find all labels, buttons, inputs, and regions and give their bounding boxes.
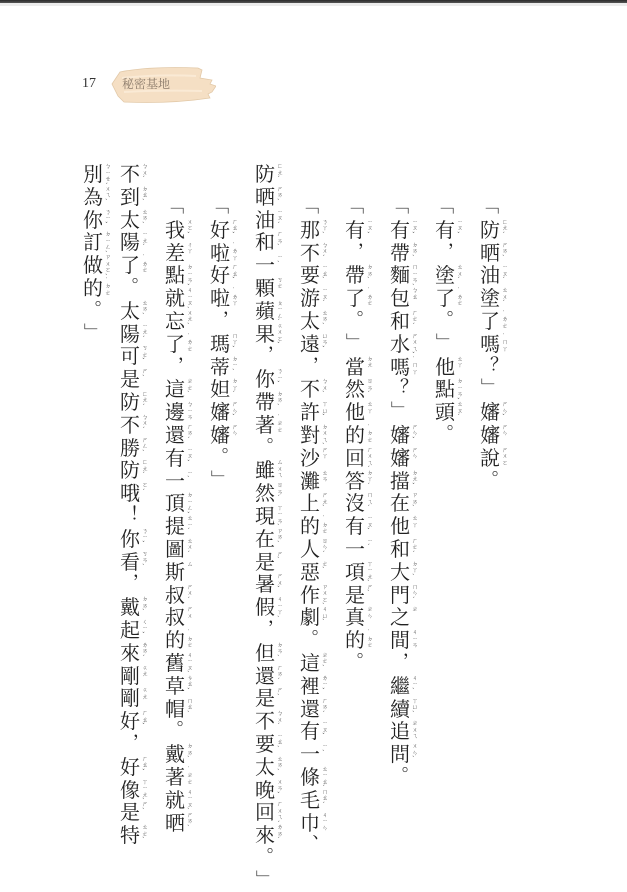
zhuyin-annotation: ㄧ ㄡ ˇ	[367, 516, 377, 536]
zhuyin-annotation: ㄊ ㄚ	[457, 357, 467, 370]
punctuation: ︐	[299, 356, 321, 379]
zhuyin-annotation: ㄊ ㄜ ˋ	[142, 825, 152, 845]
zhuyin-annotation: ㄊ ㄞ ˋ	[142, 301, 152, 321]
hanzi: 大	[389, 561, 411, 584]
character-cell: 訂ㄉ ㄧ ㄥ ˋ	[82, 231, 118, 254]
zhuyin-annotation: ㄐ ㄧ ㄢ	[412, 630, 422, 650]
hanzi: 叔	[164, 584, 186, 607]
punctuation: ﹁	[389, 196, 411, 219]
zhuyin-annotation: ㄨ ㄤ ˋ	[187, 311, 197, 331]
character-cell: 了˙ ㄌ ㄜ	[119, 254, 155, 277]
hanzi: 說	[479, 447, 501, 470]
character-cell: 但ㄉ ㄢ ˋ	[254, 642, 290, 665]
character-cell: ︒	[254, 847, 290, 870]
hanzi: 但	[254, 642, 276, 665]
hanzi: 在	[254, 528, 276, 551]
hanzi: 和	[389, 538, 411, 561]
hanzi: 勝	[119, 437, 141, 460]
hanzi: 假	[254, 596, 276, 619]
character-cell: 不ㄅ ㄨ ˊ	[254, 710, 290, 733]
character-cell: 做ㄗ ㄨ ㄛ ˋ	[82, 254, 118, 277]
hanzi: 可	[119, 345, 141, 368]
hanzi: 遠	[299, 333, 321, 356]
zhuyin-annotation: ㄉ ㄤ	[367, 357, 377, 370]
character-cell: 一ㄧ ˋ	[254, 254, 290, 277]
zhuyin-annotation: ㄕ ˋ	[277, 552, 287, 565]
character-cell: 陽ㄧ ㄤ ˊ	[119, 323, 155, 346]
character-cell: 嗎˙ ㄇ ㄚ	[479, 333, 515, 356]
character-cell: 草ㄘ ㄠ ˇ	[164, 675, 200, 698]
punctuation: ︐	[209, 310, 231, 333]
zhuyin-annotation: ㄊ ㄞ ˋ	[322, 311, 332, 331]
character-cell: 然ㄖ ㄢ ˊ	[254, 482, 290, 505]
hanzi: 妲	[209, 378, 231, 401]
punctuation: ﹂	[209, 470, 231, 493]
chapter-tag: 秘密基地	[110, 64, 216, 104]
character-cell: 戴ㄉ ㄞ ˋ	[119, 596, 155, 619]
character-cell: 嬸ㄕ ㄣ ˇ	[209, 401, 245, 424]
character-cell: 項ㄒ ㄧ ㄤ ˋ	[344, 561, 380, 584]
character-cell: 點ㄉ ㄧ ㄢ ˇ	[164, 264, 200, 287]
character-cell: 不ㄅ ㄨ ˊ	[119, 163, 155, 186]
hanzi: 有	[389, 219, 411, 242]
character-cell: 太ㄊ ㄞ ˋ	[119, 300, 155, 323]
character-cell: ﹂	[82, 323, 118, 346]
character-cell: ﹁	[479, 196, 515, 219]
zhuyin-annotation: ㄧ ㄡ ˊ	[502, 265, 512, 285]
character-cell: 好ㄏ ㄠ ˇ	[119, 710, 155, 733]
zhuyin-annotation: ㄉ ㄞ ˋ	[367, 265, 377, 285]
character-cell: 說ㄕ ㄨ ㄛ	[479, 447, 515, 470]
zhuyin-annotation: ㄇ ㄠ ˊ	[322, 790, 332, 810]
zhuyin-annotation: ㄕ ˋ	[367, 585, 377, 598]
punctuation: ︒	[164, 720, 186, 743]
hanzi: 他	[434, 356, 456, 379]
punctuation: ︒	[119, 277, 141, 300]
hanzi: 啦	[209, 242, 231, 265]
hanzi: 到	[119, 186, 141, 209]
zhuyin-annotation: ㄙ ㄨ ㄟ	[277, 460, 287, 480]
hanzi: 晒	[164, 812, 186, 835]
zhuyin-annotation: ㄊ ㄞ ˋ	[142, 210, 152, 230]
hanzi: 顆	[254, 277, 276, 300]
zhuyin-annotation: ㄗ ㄞ ˋ	[277, 529, 287, 549]
zhuyin-annotation: ㄊ ㄨ ˊ	[457, 265, 467, 285]
character-cell: 好ㄏ ㄠ ˇ	[209, 219, 245, 242]
hanzi: 帶	[254, 391, 276, 414]
punctuation: ︐	[119, 733, 141, 756]
zhuyin-annotation: ㄧ ㄡ ˊ	[277, 210, 287, 230]
zhuyin-annotation: ㄌ ㄞ ˊ	[277, 825, 287, 845]
character-cell: ︒	[344, 310, 380, 333]
character-cell: 防ㄈ ㄤ ˊ	[119, 459, 155, 482]
character-cell: ︐	[389, 652, 425, 675]
hanzi: 你	[254, 368, 276, 391]
character-cell: 帽ㄇ ㄠ ˋ	[164, 698, 200, 721]
zhuyin-annotation: ㄇ ㄣ ˊ	[412, 585, 422, 605]
character-cell: ︒	[344, 652, 380, 675]
hanzi: 帶	[344, 264, 366, 287]
punctuation: ︐	[434, 242, 456, 265]
hanzi: 像	[119, 779, 141, 802]
text-column: 別ㄅ ㄧ ㄝ ˊ為ㄨ ㄟ ˋ你ㄋ ㄧ ˇ訂ㄉ ㄧ ㄥ ˋ做ㄗ ㄨ ㄛ ˋ的˙ ㄉ…	[82, 163, 118, 345]
character-cell: 繼ㄐ ㄧ ˋ	[389, 675, 425, 698]
character-cell: ﹂	[389, 401, 425, 424]
character-cell: 有ㄧ ㄡ ˇ	[344, 219, 380, 242]
hanzi: 毛	[299, 789, 321, 812]
hanzi: 擋	[389, 470, 411, 493]
hanzi: 麵	[389, 264, 411, 287]
character-cell: ︒	[254, 437, 290, 460]
character-cell: 剛ㄍ ㄤ	[119, 687, 155, 710]
character-cell: ︐	[164, 356, 200, 379]
zhuyin-annotation: ㄧ ㄡ ˇ	[367, 220, 377, 240]
hanzi: 我	[164, 219, 186, 242]
character-cell: 差ㄔ ㄚ	[164, 242, 200, 265]
zhuyin-annotation: ㄎ ㄜ ˇ	[142, 346, 152, 366]
zhuyin-annotation: ˙ ㄌ ㄜ	[502, 311, 512, 331]
hanzi: 嬸	[479, 401, 501, 424]
character-cell: 答ㄉ ㄚ ˊ	[344, 470, 380, 493]
zhuyin-annotation: ㄑ ㄧ ˇ	[142, 620, 152, 640]
character-cell: 著˙ ㄓ ㄜ	[254, 414, 290, 437]
character-cell: ︒	[434, 310, 470, 333]
zhuyin-annotation: ㄇ ㄟ ˊ	[367, 493, 377, 513]
hanzi: 對	[299, 424, 321, 447]
character-cell: 晒ㄕ ㄞ ˋ	[479, 242, 515, 265]
zhuyin-annotation: ㄨ ㄣ ˋ	[412, 744, 422, 764]
character-cell: 哦ㄛ ˊ	[119, 482, 155, 505]
hanzi: 嗎	[389, 356, 411, 379]
hanzi: 間	[389, 629, 411, 652]
character-cell: 忘ㄨ ㄤ ˋ	[164, 310, 200, 333]
hanzi: 了	[479, 310, 501, 333]
hanzi: 的	[82, 277, 104, 300]
character-cell: 油ㄧ ㄡ ˊ	[479, 264, 515, 287]
zhuyin-annotation: ㄅ ㄨ ˊ	[142, 164, 152, 184]
hanzi: 舊	[164, 652, 186, 675]
character-cell: 戴ㄉ ㄞ ˋ	[164, 743, 200, 766]
character-cell: ︑	[299, 834, 335, 857]
zhuyin-annotation: ㄧ ˋ	[187, 471, 197, 484]
zhuyin-annotation: ㄉ ㄞ ˋ	[142, 597, 152, 617]
character-cell: 和ㄏ ㄜ ˊ	[389, 310, 425, 333]
character-cell: 啦˙ ㄌ ㄚ	[209, 287, 245, 310]
zhuyin-annotation: ㄧ ˊ	[367, 539, 377, 552]
character-cell: 續ㄒ ㄩ ˋ	[389, 698, 425, 721]
hanzi: 嬸	[389, 424, 411, 447]
character-cell: 來ㄌ ㄞ ˊ	[254, 824, 290, 847]
zhuyin-annotation: ㄉ ㄞ ˋ	[187, 744, 197, 764]
character-cell: ︒	[434, 424, 470, 447]
character-cell: ﹂	[344, 333, 380, 356]
character-cell: 嬸ㄕ ㄣ	[209, 424, 245, 447]
hanzi: 蒂	[209, 356, 231, 379]
character-cell: 防ㄈ ㄤ ˊ	[479, 219, 515, 242]
zhuyin-annotation: ㄅ ㄨ ˊ	[322, 243, 332, 263]
punctuation: ︒	[344, 652, 366, 675]
hanzi: 好	[119, 710, 141, 733]
hanzi: 防	[119, 391, 141, 414]
zhuyin-annotation: ㄕ ˋ	[142, 802, 152, 815]
hanzi: 叔	[164, 606, 186, 629]
zhuyin-annotation: ㄉ ㄠ ˋ	[142, 187, 152, 207]
character-cell: 你ㄋ ㄧ ˇ	[254, 368, 290, 391]
zhuyin-annotation: ㄙ	[187, 562, 197, 569]
zhuyin-annotation: ㄅ ㄨ ˊ	[142, 415, 152, 435]
hanzi: 塗	[479, 287, 501, 310]
character-cell: 著˙ ㄓ ㄜ	[164, 766, 200, 789]
character-cell: ﹁	[299, 196, 335, 219]
character-cell: 是ㄕ ˋ	[119, 368, 155, 391]
character-cell: 帶ㄉ ㄞ ˋ	[344, 264, 380, 287]
hanzi: 雖	[254, 459, 276, 482]
hanzi: 點	[434, 378, 456, 401]
character-cell: ︐	[344, 242, 380, 265]
punctuation: ﹂	[479, 378, 501, 401]
hanzi: 哦	[119, 482, 141, 505]
zhuyin-annotation: ㄉ ㄚ ˋ	[412, 562, 422, 582]
zhuyin-annotation: ˙ ㄉ ㄜ	[367, 630, 377, 650]
hanzi: 了	[164, 333, 186, 356]
zhuyin-annotation: ㄉ ㄚ ˊ	[367, 471, 377, 491]
zhuyin-annotation: ㄕ ㄣ ˇ	[502, 402, 512, 422]
character-cell: 來ㄌ ㄞ ˊ	[119, 642, 155, 665]
character-cell: 問ㄨ ㄣ ˋ	[389, 743, 425, 766]
character-cell: 頭ㄊ ㄡ ˊ	[434, 401, 470, 424]
character-cell: 水ㄕ ㄨ ㄟ ˇ	[389, 333, 425, 356]
zhuyin-annotation: ㄊ ㄧ ˊ	[187, 516, 197, 536]
character-cell: 特ㄊ ㄜ ˋ	[119, 824, 155, 847]
zhuyin-annotation: ㄏ ㄠ ˇ	[142, 711, 152, 731]
punctuation: ︐	[344, 242, 366, 265]
hanzi: 來	[254, 824, 276, 847]
character-cell: 了˙ ㄌ ㄜ	[434, 287, 470, 310]
hanzi: 蘋	[254, 300, 276, 323]
punctuation: ︒	[434, 310, 456, 333]
character-cell: 嬸ㄕ ㄣ ˇ	[389, 424, 425, 447]
zhuyin-annotation: ㄧ ㄡ ˇ	[322, 721, 332, 741]
zhuyin-annotation: ㄒ ㄩ ˇ	[322, 402, 332, 422]
character-cell: 點ㄉ ㄧ ㄢ ˇ	[434, 378, 470, 401]
character-cell: ︐	[254, 345, 290, 368]
punctuation: ︐	[254, 619, 276, 642]
character-cell: 陽ㄧ ㄤ ˊ	[119, 231, 155, 254]
zhuyin-annotation: ˙ ㄓ ㄜ	[277, 415, 287, 435]
character-cell: 現ㄒ ㄧ ㄢ ˋ	[254, 505, 290, 528]
hanzi: 差	[164, 242, 186, 265]
character-cell: ﹁	[434, 196, 470, 219]
punctuation: ﹁	[434, 196, 456, 219]
text-column: ﹁防ㄈ ㄤ ˊ晒ㄕ ㄞ ˋ油ㄧ ㄡ ˊ塗ㄊ ㄨ ˊ了˙ ㄌ ㄜ嗎˙ ㄇ ㄚ︖﹂嬸…	[479, 196, 515, 492]
character-cell: 有ㄧ ㄡ ˇ	[299, 720, 335, 743]
punctuation: ﹂	[389, 401, 411, 424]
zhuyin-annotation: ㄉ ㄞ ˋ	[412, 243, 422, 263]
character-cell: 真ㄓ ㄣ	[344, 606, 380, 629]
punctuation: ﹁	[299, 196, 321, 219]
hanzi: 頂	[164, 492, 186, 515]
character-cell: 游ㄧ ㄡ ˊ	[299, 287, 335, 310]
hanzi: 巾	[299, 812, 321, 835]
hanzi: 上	[299, 492, 321, 515]
hanzi: 還	[164, 424, 186, 447]
page-number: 17	[82, 76, 96, 92]
zhuyin-annotation: ㄐ ㄩ ˋ	[322, 607, 332, 627]
zhuyin-annotation: ㄕ ˋ	[277, 688, 287, 701]
zhuyin-annotation: ㄜ ˋ	[322, 562, 332, 575]
zhuyin-annotation: ˙ ㄉ ㄜ	[367, 425, 377, 445]
text-column: 防ㄈ ㄤ ˊ晒ㄕ ㄞ ˋ油ㄧ ㄡ ˊ和ㄏ ㄢ ˋ一ㄧ ˋ顆ㄎ ㄜ蘋ㄆ ㄧ ㄥ ˊ…	[254, 163, 290, 892]
character-cell: 要ㄧ ㄠ ˋ	[299, 264, 335, 287]
character-cell: 雖ㄙ ㄨ ㄟ	[254, 459, 290, 482]
punctuation: ﹁	[164, 196, 186, 219]
hanzi: 剛	[119, 665, 141, 688]
punctuation: ﹁	[344, 196, 366, 219]
hanzi: 帶	[389, 242, 411, 265]
zhuyin-annotation: ㄏ ㄠ ˇ	[232, 220, 242, 240]
hanzi: 真	[344, 606, 366, 629]
punctuation: ︒	[434, 424, 456, 447]
zhuyin-annotation: ㄕ ㄣ ˇ	[232, 402, 242, 422]
zhuyin-annotation: ㄕ ㄞ ˋ	[187, 813, 197, 833]
hanzi: 是	[344, 584, 366, 607]
character-cell: 起ㄑ ㄧ ˇ	[119, 619, 155, 642]
character-cell: ﹁	[344, 196, 380, 219]
character-cell: 塗ㄊ ㄨ ˊ	[434, 264, 470, 287]
zhuyin-annotation: ㄅ ㄨ ˋ	[322, 379, 332, 399]
hanzi: 續	[389, 698, 411, 721]
hanzi: 要	[254, 733, 276, 756]
punctuation: ︐	[119, 573, 141, 596]
hanzi: 的	[299, 515, 321, 538]
hanzi: 當	[344, 356, 366, 379]
character-cell: ︒	[82, 300, 118, 323]
zhuyin-annotation: ㄕ ㄨ ˊ	[187, 585, 197, 605]
text-column: ﹁有ㄧ ㄡ ˇ︐帶ㄉ ㄞ ˋ了˙ ㄌ ㄜ︒﹂當ㄉ ㄤ然ㄖ ㄢ ˊ他ㄊ ㄚ的˙ ㄉ…	[344, 196, 380, 675]
character-cell: 斯ㄙ	[164, 561, 200, 584]
zhuyin-annotation: ˙ ㄌ ㄜ	[142, 255, 152, 275]
hanzi: 條	[299, 766, 321, 789]
chapter-title: 秘密基地	[122, 75, 170, 92]
character-cell: 的˙ ㄉ ㄜ	[299, 515, 335, 538]
hanzi: 起	[119, 619, 141, 642]
zhuyin-annotation: ㄋ ㄚ ˋ	[322, 220, 332, 240]
character-cell: ︐	[254, 619, 290, 642]
hanzi: 是	[254, 551, 276, 574]
character-cell: 還ㄏ ㄞ ˊ	[254, 665, 290, 688]
hanzi: 你	[119, 528, 141, 551]
hanzi: 果	[254, 323, 276, 346]
zhuyin-annotation: ㄏ ㄢ ˋ	[277, 232, 287, 252]
hanzi: 一	[254, 254, 276, 277]
character-cell: 嗎˙ ㄇ ㄚ	[389, 356, 425, 379]
hanzi: 著	[164, 766, 186, 789]
zhuyin-annotation: ㄨ ㄟ ˋ	[105, 187, 115, 207]
character-cell: 是ㄕ ˋ	[344, 584, 380, 607]
hanzi: 不	[119, 163, 141, 186]
character-cell: 大ㄉ ㄚ ˋ	[389, 561, 425, 584]
character-cell: ﹁	[164, 196, 200, 219]
hanzi: 看	[119, 551, 141, 574]
hanzi: 他	[344, 401, 366, 424]
zhuyin-annotation: ㄐ ㄧ ˋ	[412, 676, 422, 696]
zhuyin-annotation: ㄧ ㄡ ˇ	[412, 220, 422, 240]
hanzi: 問	[389, 743, 411, 766]
hanzi: 追	[389, 720, 411, 743]
punctuation: ︖	[479, 356, 501, 379]
character-cell: 巾ㄐ ㄧ ㄣ	[299, 812, 335, 835]
zhuyin-annotation: ˙ ㄓ ㄜ	[187, 767, 197, 787]
hanzi: 有	[344, 219, 366, 242]
zhuyin-annotation: ㄨ ㄢ ˇ	[277, 780, 287, 800]
zhuyin-annotation: ㄖ ㄢ ˊ	[367, 379, 377, 399]
character-cell: ︒	[479, 470, 515, 493]
character-cell: 晒ㄕ ㄞ ˋ	[164, 812, 200, 835]
hanzi: 他	[389, 515, 411, 538]
character-cell: ﹂	[254, 870, 290, 892]
hanzi: 嬸	[209, 424, 231, 447]
character-cell: 的˙ ㄉ ㄜ	[344, 629, 380, 652]
zhuyin-annotation: ㄓ ㄜ ˋ	[322, 653, 332, 673]
character-cell: ﹂	[209, 470, 245, 493]
zhuyin-annotation: ㄧ ㄤ ˊ	[142, 232, 152, 252]
hanzi: 好	[209, 264, 231, 287]
character-cell: 條ㄊ ㄧ ㄠ ˊ	[299, 766, 335, 789]
zhuyin-annotation: ㄕ ˋ	[142, 369, 152, 382]
hanzi: 許	[299, 401, 321, 424]
zhuyin-annotation: ˙ ㄌ ㄚ	[232, 288, 242, 308]
zhuyin-annotation: ㄕ ㄣ ˇ	[412, 425, 422, 445]
punctuation: ︒	[479, 470, 501, 493]
character-cell: 追ㄓ ㄨ ㄟ	[389, 720, 425, 743]
punctuation: ︒	[82, 300, 104, 323]
character-cell: 還ㄏ ㄞ ˊ	[299, 698, 335, 721]
hanzi: 陽	[119, 323, 141, 346]
character-cell: 塗ㄊ ㄨ ˊ	[479, 287, 515, 310]
zhuyin-annotation: ㄒ ㄩ ˋ	[412, 699, 422, 719]
punctuation: ︕	[119, 505, 141, 528]
zhuyin-annotation: ㄔ ㄚ	[187, 243, 197, 256]
hanzi: 了	[434, 287, 456, 310]
hanzi: 為	[82, 186, 104, 209]
hanzi: 有	[299, 720, 321, 743]
character-cell: 這ㄓ ㄜ ˋ	[164, 378, 200, 401]
hanzi: 的	[344, 424, 366, 447]
character-cell: 暑ㄕ ㄨ ˇ	[254, 573, 290, 596]
zhuyin-annotation: ㄅ ㄠ	[412, 288, 422, 301]
character-cell: 劇ㄐ ㄩ ˋ	[299, 606, 335, 629]
zhuyin-annotation: ㄕ ㄣ	[502, 425, 512, 438]
zhuyin-annotation: ㄕ ㄨ	[187, 607, 197, 620]
character-cell: 像ㄒ ㄧ ㄤ ˋ	[119, 779, 155, 802]
zhuyin-annotation: ㄕ ㄣ	[412, 448, 422, 461]
hanzi: 嬸	[389, 447, 411, 470]
character-cell: ︒	[299, 629, 335, 652]
hanzi: 不	[119, 414, 141, 437]
hanzi: 就	[164, 789, 186, 812]
character-cell: 間ㄐ ㄧ ㄢ	[389, 629, 425, 652]
zhuyin-annotation: ˙ ㄌ ㄜ	[367, 288, 377, 308]
hanzi: 防	[479, 219, 501, 242]
character-cell: 蘋ㄆ ㄧ ㄥ ˊ	[254, 300, 290, 323]
zhuyin-annotation: ㄉ ㄞ ˋ	[277, 392, 287, 412]
hanzi: 了	[119, 254, 141, 277]
character-cell: 太ㄊ ㄞ ˋ	[254, 756, 290, 779]
character-cell: ︒	[164, 720, 200, 743]
zhuyin-annotation: ㄓ ㄨ ㄟ	[412, 721, 422, 741]
zhuyin-annotation: ˙ ㄉ ㄜ	[105, 278, 115, 298]
hanzi: 作	[299, 584, 321, 607]
